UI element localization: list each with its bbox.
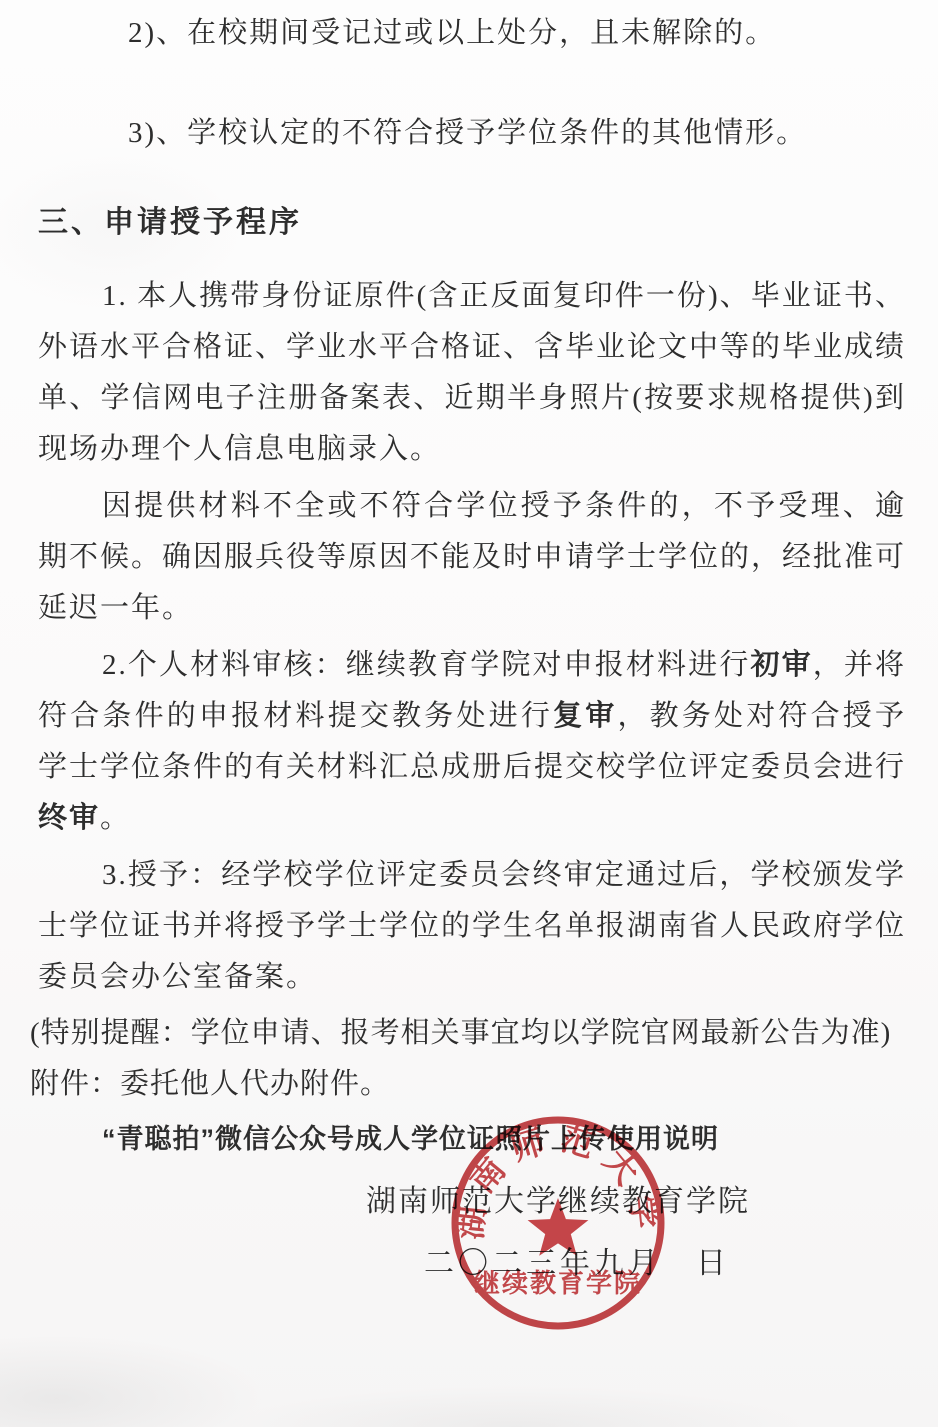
list-item-3: 3)、学校认定的不符合授予学位条件的其他情形。 xyxy=(38,108,906,159)
emphasis-segment: 复审 xyxy=(553,700,617,732)
text-segment: 。 xyxy=(100,802,131,834)
section-heading: 三、申请授予程序 xyxy=(38,201,906,245)
seal-bottom-text: 继续教育学院 xyxy=(474,1268,642,1298)
emphasis-segment: 初审 xyxy=(750,649,812,681)
paragraph-step2: 2.个人材料审核：继续教育学院对申报材料进行初审，并将符合条件的申报材料提交教务… xyxy=(38,640,906,844)
text-segment: 2.个人材料审核：继续教育学院对申报材料进行 xyxy=(102,649,750,681)
paragraph-step1: 1. 本人携带身份证原件(含正反面复印件一份)、毕业证书、外语水平合格证、学业水… xyxy=(38,271,906,475)
official-seal: 湖南师范大学 继续教育学院 xyxy=(448,1113,668,1333)
signature-block: 湖南师范大学继续教育学院 二〇二三年九月 日 湖南师范大学 继续教育学院 xyxy=(0,1050,938,1427)
document-page: 2)、在校期间受记过或以上处分，且未解除的。 3)、学校认定的不符合授予学位条件… xyxy=(0,0,938,1162)
paragraph-step3: 3.授予：经学校学位评定委员会终审定通过后，学校颁发学士学位证书并将授予学士学位… xyxy=(38,850,906,1003)
paragraph-materials-note: 因提供材料不全或不符合学位授予条件的，不予受理、逾期不候。确因服兵役等原因不能及… xyxy=(38,481,906,634)
list-item-2: 2)、在校期间受记过或以上处分，且未解除的。 xyxy=(38,8,906,59)
seal-star-icon xyxy=(528,1198,589,1256)
emphasis-segment: 终审 xyxy=(38,802,100,834)
